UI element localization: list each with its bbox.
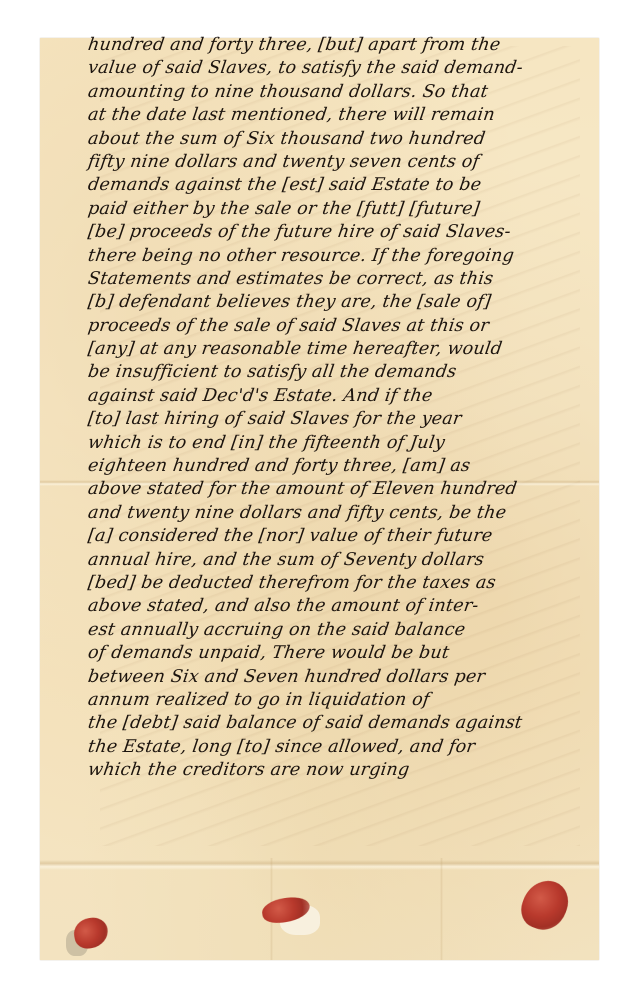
text-line: be insufficient to satisfy all the deman… xyxy=(86,361,579,384)
text-line: the Estate, long [to] since allowed, and… xyxy=(86,736,579,759)
text-line: at the date last mentioned, there will r… xyxy=(86,104,579,127)
text-line: the [debt] said balance of said demands … xyxy=(86,712,579,735)
text-line: which is to end [in] the fifteenth of Ju… xyxy=(86,432,579,455)
text-line: annum realized to go in liquidation of xyxy=(86,689,579,712)
text-line: there being no other resource. If the fo… xyxy=(86,245,579,268)
text-line: between Six and Seven hundred dollars pe… xyxy=(86,666,579,689)
text-line: [any] at any reasonable time hereafter, … xyxy=(86,338,579,361)
text-line: fifty nine dollars and twenty seven cent… xyxy=(86,151,579,174)
text-line: [bed] be deducted therefrom for the taxe… xyxy=(86,572,579,595)
text-line: [be] proceeds of the future hire of said… xyxy=(86,221,579,244)
text-line: which the creditors are now urging xyxy=(86,759,579,782)
horizontal-fold-bottom xyxy=(40,860,599,870)
text-line: and twenty nine dollars and fifty cents,… xyxy=(86,502,579,525)
text-line: [to] last hiring of said Slaves for the … xyxy=(86,408,579,431)
text-line: hundred and forty three, [but] apart fro… xyxy=(86,34,579,57)
text-line: about the sum of Six thousand two hundre… xyxy=(86,128,579,151)
text-line: against said Dec'd's Estate. And if the xyxy=(86,385,579,408)
handwritten-text: hundred and forty three, [but] apart fro… xyxy=(88,34,578,783)
text-line: above stated for the amount of Eleven hu… xyxy=(86,478,579,501)
text-line: Statements and estimates be correct, as … xyxy=(86,268,579,291)
text-line: est annually accruing on the said balanc… xyxy=(86,619,579,642)
text-line: amounting to nine thousand dollars. So t… xyxy=(86,81,579,104)
vertical-fold xyxy=(440,858,443,960)
text-line: eighteen hundred and forty three, [am] a… xyxy=(86,455,579,478)
text-line: above stated, and also the amount of int… xyxy=(86,595,579,618)
text-line: demands against the [est] said Estate to… xyxy=(86,174,579,197)
text-line: proceeds of the sale of said Slaves at t… xyxy=(86,315,579,338)
text-line: of demands unpaid, There would be but xyxy=(86,642,579,665)
text-line: [a] considered the [nor] value of their … xyxy=(86,525,579,548)
text-line: [b] defendant believes they are, the [sa… xyxy=(86,291,579,314)
text-line: annual hire, and the sum of Seventy doll… xyxy=(86,549,579,572)
text-line: paid either by the sale or the [futt] [f… xyxy=(86,198,579,221)
text-line: value of said Slaves, to satisfy the sai… xyxy=(86,57,579,80)
